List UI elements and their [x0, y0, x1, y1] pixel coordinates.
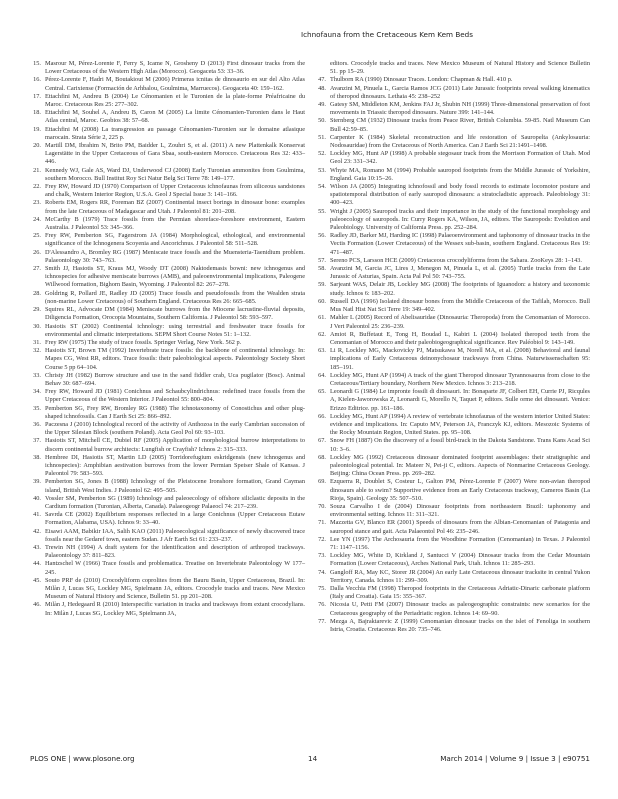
reference-text: Frey RW, Howard JD (1981) Conichnus and …	[45, 388, 305, 404]
issue-info: March 2014 | Volume 9 | Issue 3 | e90751	[440, 754, 590, 763]
reference-text: Lee YN (1997) The Archosauria from the W…	[330, 536, 590, 552]
reference-text: Mazzetta GV, Blanco ER (2001) Speeds of …	[330, 519, 590, 535]
reference-item: 46.Milàn J, Hedegaard R (2010) Interspec…	[30, 601, 305, 617]
reference-text: Frey RW (1975) The study of trace fossil…	[45, 339, 305, 347]
reference-item: 37.Hasiotis ST, Mitchell CE, Dubiel RF (…	[30, 437, 305, 453]
page-number: 14	[308, 754, 317, 763]
reference-number: 52.	[315, 150, 330, 166]
reference-number: 34.	[30, 388, 45, 404]
reference-number: 46.	[30, 601, 45, 617]
reference-item: 44.Hantzschel W (1966) Trace fossils and…	[30, 560, 305, 576]
reference-text: Lockley MG, White D, Kirkland J, Santucc…	[330, 552, 590, 568]
reference-item: 59.Sarjeant WAS, Delair JB, Lockley MG (…	[315, 281, 590, 297]
reference-number: 23.	[30, 199, 45, 215]
reference-text: editors. Crocodyle tracks and traces. Ne…	[330, 60, 590, 76]
reference-text: McCarthy B (1979) Trace fossils from the…	[45, 216, 305, 232]
reference-item: 30.Hasiotis ST (2002) Continental ichnol…	[30, 323, 305, 339]
reference-number: 40.	[30, 495, 45, 511]
reference-item: 65.Leonardi G (1984) Le impronte fossili…	[315, 388, 590, 413]
reference-text: D'Alessandro A, Bromley RG (1987) Menisc…	[45, 249, 305, 265]
reference-number: 65.	[315, 388, 330, 413]
reference-number: 37.	[30, 437, 45, 453]
reference-number: 75.	[315, 585, 330, 601]
reference-number: 44.	[30, 560, 45, 576]
reference-number: 55.	[315, 208, 330, 233]
reference-number: 24.	[30, 216, 45, 232]
reference-item: 58.Avanzini M, Garcia JC, Lires J, Meneg…	[315, 265, 590, 281]
reference-item: 51.Carpenter K (1984) Skeletal reconstru…	[315, 134, 590, 150]
reference-number: 19.	[30, 126, 45, 142]
reference-number: 76.	[315, 601, 330, 617]
reference-item: 62.Amiot R, Buffetaut E, Tong H, Boudad …	[315, 331, 590, 347]
reference-text: Gangloff RA, May KC, Storer JR (2004) An…	[330, 569, 590, 585]
reference-number: 42.	[30, 528, 45, 544]
reference-item: 34.Frey RW, Howard JD (1981) Conichnus a…	[30, 388, 305, 404]
reference-item: 26.D'Alessandro A, Bromley RG (1987) Men…	[30, 249, 305, 265]
reference-text: Pemberton SG, Frey RW, Bromley RG (1988)…	[45, 405, 305, 421]
reference-number: 57.	[315, 257, 330, 265]
reference-number: 59.	[315, 281, 330, 297]
reference-text: Savrda CE (2002) Equilibrium responses r…	[45, 511, 305, 527]
reference-text: Dalla Vecchia FM (1998) Theropod footpri…	[330, 585, 590, 601]
reference-number: 43.	[30, 544, 45, 560]
reference-item: 56.Radley JD, Barker MJ, Harding IC (199…	[315, 232, 590, 257]
reference-number: 74.	[315, 569, 330, 585]
reference-number: 63.	[315, 347, 330, 372]
reference-number: 38.	[30, 454, 45, 479]
reference-item: 24.McCarthy B (1979) Trace fossils from …	[30, 216, 305, 232]
reference-item: 36.Paczesna J (2010) Ichnological record…	[30, 421, 305, 437]
reference-text: Pemberton SG, Jones B (1988) Ichnology o…	[45, 478, 305, 494]
reference-item: 54.Wilson JA (2005) Integrating ichnofos…	[315, 183, 590, 208]
reference-item: 64.Lockley MG, Hunt AP (1994) A track of…	[315, 372, 590, 388]
reference-item: 29.Squires RL, Advocate DM (1984) Menisc…	[30, 306, 305, 322]
reference-item: 33.Christy JH (1982) Burrow structure an…	[30, 372, 305, 388]
reference-list-right: editors. Crocodyle tracks and traces. Ne…	[315, 60, 590, 634]
reference-text: Li R, Lockley MG, Mackovicky PJ, Matsuka…	[330, 347, 590, 372]
reference-text: Lockley MG, Hunt AP (1994) A review of v…	[330, 413, 590, 438]
left-column: 15.Masrour M, Pérez-Lorente F, Ferry S, …	[30, 60, 305, 634]
reference-number: 15.	[30, 60, 45, 76]
reference-item: 71.Mazzetta GV, Blanco ER (2001) Speeds …	[315, 519, 590, 535]
reference-text: Ettachfini M (2008) La transgression au …	[45, 126, 305, 142]
reference-text: Roberts EM, Rogers RR, Foreman BZ (2007)…	[45, 199, 305, 215]
reference-item: 70.Souza Carvalho I de (2004) Dinosaur f…	[315, 503, 590, 519]
reference-text: Leonardi G (1984) Le impronte fossili di…	[330, 388, 590, 413]
reference-item: 40.Vossler SM, Pemberton SG (1989) Ichno…	[30, 495, 305, 511]
reference-number: 33.	[30, 372, 45, 388]
reference-number: 29.	[30, 306, 45, 322]
reference-number: 47.	[315, 76, 330, 84]
reference-item: 21.Kennedy WJ, Gale AS, Ward DJ, Underwo…	[30, 167, 305, 183]
reference-item: 22.Frey RW, Howard JD (1970) Comparison …	[30, 183, 305, 199]
reference-number: 20.	[30, 142, 45, 167]
reference-number: 16.	[30, 76, 45, 92]
reference-item: 27.Smith JJ, Hasiotis ST, Kraus MJ, Wood…	[30, 265, 305, 290]
reference-number: 41.	[30, 511, 45, 527]
reference-text: Masrour M, Pérez-Lorente F, Ferry S, Ica…	[45, 60, 305, 76]
journal-url: PLOS ONE | www.plosone.org	[30, 754, 135, 763]
reference-text: Gatesy SM, Middleton KM, Jenkins FAJ Jr,…	[330, 101, 590, 117]
reference-text: Pérez-Lorente F, Hadri M, Boutakiout M (…	[45, 76, 305, 92]
reference-text: Whyte MA, Romano M (1994) Probable sauro…	[330, 167, 590, 183]
reference-text: Souza Carvalho I de (2004) Dinosaur foot…	[330, 503, 590, 519]
reference-text: Russell DA (1996) Isolated dinosaur bone…	[330, 298, 590, 314]
reference-text: Mahler L (2005) Record of Abelisauridae …	[330, 314, 590, 330]
reference-continuation: editors. Crocodyle tracks and traces. Ne…	[315, 60, 590, 76]
reference-text: Ezquerra R, Doublet S, Costeur L, Galton…	[330, 478, 590, 503]
reference-number: 68.	[315, 454, 330, 479]
reference-item: 25.Frey RW, Pemberton SG, Fagerstrom JA …	[30, 232, 305, 248]
reference-text: Vossler SM, Pemberton SG (1989) Ichnolog…	[45, 495, 305, 511]
reference-text: Wilson JA (2005) Integrating ichnofossil…	[330, 183, 590, 208]
reference-item: 61.Mahler L (2005) Record of Abelisaurid…	[315, 314, 590, 330]
reference-number: 32.	[30, 347, 45, 372]
reference-text: Squires RL, Advocate DM (1984) Meniscate…	[45, 306, 305, 322]
reference-text: Hantzschel W (1966) Trace fossils and pr…	[45, 560, 305, 576]
reference-number: 60.	[315, 298, 330, 314]
reference-text: Sternberg CM (1932) Dinosaur tracks from…	[330, 117, 590, 133]
reference-number: 21.	[30, 167, 45, 183]
reference-text: Lockley MG, Hunt AP (1994) A track of th…	[330, 372, 590, 388]
reference-text: Snow FH (1887) On the discovery of a fos…	[330, 437, 590, 453]
reference-number: 66.	[315, 413, 330, 438]
reference-number: 35.	[30, 405, 45, 421]
reference-number: 69.	[315, 478, 330, 503]
right-column: editors. Crocodyle tracks and traces. Ne…	[315, 60, 590, 634]
reference-text: Nicosia U, Petti FM (2007) Dinosaur trac…	[330, 601, 590, 617]
reference-text: Carpenter K (1984) Skeletal reconstructi…	[330, 134, 590, 150]
reference-number: 51.	[315, 134, 330, 150]
reference-number: 56.	[315, 232, 330, 257]
reference-item: 72.Lee YN (1997) The Archosauria from th…	[315, 536, 590, 552]
reference-text: Frey RW, Pemberton SG, Fagerstrom JA (19…	[45, 232, 305, 248]
reference-text: Goldring R, Pollard JE, Radley JD (2005)…	[45, 290, 305, 306]
reference-number: 71.	[315, 519, 330, 535]
reference-number: 67.	[315, 437, 330, 453]
reference-text: Ettachfini M, Souhel A, Andreu B, Caron …	[45, 109, 305, 125]
reference-number: 54.	[315, 183, 330, 208]
reference-number: 36.	[30, 421, 45, 437]
reference-item: 41.Savrda CE (2002) Equilibrium response…	[30, 511, 305, 527]
reference-text: Thulborn RA (1990) Dinosaur Traces. Lond…	[330, 76, 590, 84]
reference-item: 75.Dalla Vecchia FM (1998) Theropod foot…	[315, 585, 590, 601]
reference-number: 53.	[315, 167, 330, 183]
reference-item: 45.Souto PRF de (2010) Crocodyliform cop…	[30, 577, 305, 602]
reference-text: Radley JD, Barker MJ, Harding IC (1998) …	[330, 232, 590, 257]
reference-number: 48.	[315, 85, 330, 101]
reference-number: 31.	[30, 339, 45, 347]
reference-number: 27.	[30, 265, 45, 290]
reference-item: 63.Li R, Lockley MG, Mackovicky PJ, Mats…	[315, 347, 590, 372]
reference-list-left: 15.Masrour M, Pérez-Lorente F, Ferry S, …	[30, 60, 305, 618]
reference-item: 67.Snow FH (1887) On the discovery of a …	[315, 437, 590, 453]
reference-item: 31.Frey RW (1975) The study of trace fos…	[30, 339, 305, 347]
reference-number: 26.	[30, 249, 45, 265]
reference-item: 18.Ettachfini M, Souhel A, Andreu B, Car…	[30, 109, 305, 125]
reference-item: 47.Thulborn RA (1990) Dinosaur Traces. L…	[315, 76, 590, 84]
reference-text: Amiot R, Buffetaut E, Tong H, Boudad L, …	[330, 331, 590, 347]
reference-number: 39.	[30, 478, 45, 494]
reference-item: 55.Wright J (2005) Sauropod tracks and t…	[315, 208, 590, 233]
reference-number: 17.	[30, 93, 45, 109]
reference-item: 48.Avanzini M, Pinuela L, Garcia Ramos J…	[315, 85, 590, 101]
reference-text: Hembree DI, Hasiotis ST, Martin LD (2005…	[45, 454, 305, 479]
reference-number: 50.	[315, 117, 330, 133]
reference-item: 23.Roberts EM, Rogers RR, Foreman BZ (20…	[30, 199, 305, 215]
reference-number: 64.	[315, 372, 330, 388]
reference-number: 62.	[315, 331, 330, 347]
reference-number: 58.	[315, 265, 330, 281]
reference-item: 38.Hembree DI, Hasiotis ST, Martin LD (2…	[30, 454, 305, 479]
reference-item: 32.Hasiotis ST, Brown TM (1992) Inverteb…	[30, 347, 305, 372]
reference-item: 74.Gangloff RA, May KC, Storer JR (2004)…	[315, 569, 590, 585]
reference-number: 18.	[30, 109, 45, 125]
reference-number: 61.	[315, 314, 330, 330]
reference-item: 69.Ezquerra R, Doublet S, Costeur L, Gal…	[315, 478, 590, 503]
reference-number	[315, 60, 330, 76]
running-title: Ichnofauna from the Cretaceous Kem Kem B…	[301, 30, 473, 39]
reference-text: Lockley MG (1992) Cretaceous dinosaur do…	[330, 454, 590, 479]
reference-item: 50.Sternberg CM (1932) Dinosaur tracks f…	[315, 117, 590, 133]
reference-item: 53.Whyte MA, Romano M (1994) Probable sa…	[315, 167, 590, 183]
reference-item: 35.Pemberton SG, Frey RW, Bromley RG (19…	[30, 405, 305, 421]
reference-item: 15.Masrour M, Pérez-Lorente F, Ferry S, …	[30, 60, 305, 76]
reference-text: Sereno PCS, Larsson HCE (2009) Cretaceou…	[330, 257, 590, 265]
reference-text: Hasiotis ST, Brown TM (1992) Invertebrat…	[45, 347, 305, 372]
reference-number: 30.	[30, 323, 45, 339]
reference-text: Lockley MG, Hunt AP (1998) A probable st…	[330, 150, 590, 166]
reference-item: 28.Goldring R, Pollard JE, Radley JD (20…	[30, 290, 305, 306]
references-section: 15.Masrour M, Pérez-Lorente F, Ferry S, …	[30, 60, 590, 634]
reference-text: Hasiotis ST (2002) Continental ichnology…	[45, 323, 305, 339]
reference-text: Souto PRF de (2010) Crocodyliform coprol…	[45, 577, 305, 602]
reference-item: 42.Eisawi AAM, Babikir IAA, Salih KAO (2…	[30, 528, 305, 544]
reference-text: Avanzini M, Garcia JC, Lires J, Menegon …	[330, 265, 590, 281]
reference-text: Ettachfini M, Andreu B (2004) Le Cénoman…	[45, 93, 305, 109]
reference-item: 76.Nicosia U, Petti FM (2007) Dinosaur t…	[315, 601, 590, 617]
reference-number: 72.	[315, 536, 330, 552]
reference-item: 17.Ettachfini M, Andreu B (2004) Le Céno…	[30, 93, 305, 109]
reference-text: Mezga A, Bajraktarevic Z (1999) Cenomani…	[330, 618, 590, 634]
reference-text: Trewin NH (1994) A draft system for the …	[45, 544, 305, 560]
reference-item: 52.Lockley MG, Hunt AP (1998) A probable…	[315, 150, 590, 166]
reference-text: Avanzini M, Pinuela L, Garcia Ramos JCG …	[330, 85, 590, 101]
reference-number: 22.	[30, 183, 45, 199]
reference-number: 49.	[315, 101, 330, 117]
reference-text: Kennedy WJ, Gale AS, Ward DJ, Underwood …	[45, 167, 305, 183]
reference-item: 73.Lockley MG, White D, Kirkland J, Sant…	[315, 552, 590, 568]
reference-item: 19.Ettachfini M (2008) La transgression …	[30, 126, 305, 142]
reference-number: 28.	[30, 290, 45, 306]
reference-text: Hasiotis ST, Mitchell CE, Dubiel RF (200…	[45, 437, 305, 453]
reference-text: Sarjeant WAS, Delair JB, Lockley MG (200…	[330, 281, 590, 297]
reference-text: Frey RW, Howard JD (1970) Comparison of …	[45, 183, 305, 199]
reference-number: 25.	[30, 232, 45, 248]
reference-text: Wright J (2005) Sauropod tracks and thei…	[330, 208, 590, 233]
reference-item: 68.Lockley MG (1992) Cretaceous dinosaur…	[315, 454, 590, 479]
reference-text: Christy JH (1982) Burrow structure and u…	[45, 372, 305, 388]
reference-text: Eisawi AAM, Babikir IAA, Salih KAO (2011…	[45, 528, 305, 544]
reference-item: 49.Gatesy SM, Middleton KM, Jenkins FAJ …	[315, 101, 590, 117]
reference-number: 77.	[315, 618, 330, 634]
reference-number: 73.	[315, 552, 330, 568]
reference-item: 39.Pemberton SG, Jones B (1988) Ichnolog…	[30, 478, 305, 494]
reference-item: 43.Trewin NH (1994) A draft system for t…	[30, 544, 305, 560]
reference-item: 57.Sereno PCS, Larsson HCE (2009) Cretac…	[315, 257, 590, 265]
reference-text: Martill DM, Ibrahim N, Brito PM, Baidder…	[45, 142, 305, 167]
reference-item: 20.Martill DM, Ibrahim N, Brito PM, Baid…	[30, 142, 305, 167]
reference-number: 45.	[30, 577, 45, 602]
reference-text: Smith JJ, Hasiotis ST, Kraus MJ, Woody D…	[45, 265, 305, 290]
reference-text: Paczesna J (2010) Ichnological record of…	[45, 421, 305, 437]
reference-number: 70.	[315, 503, 330, 519]
reference-item: 77.Mezga A, Bajraktarevic Z (1999) Cenom…	[315, 618, 590, 634]
reference-item: 66.Lockley MG, Hunt AP (1994) A review o…	[315, 413, 590, 438]
reference-item: 60.Russell DA (1996) Isolated dinosaur b…	[315, 298, 590, 314]
reference-text: Milàn J, Hedegaard R (2010) Interspecifi…	[45, 601, 305, 617]
reference-item: 16.Pérez-Lorente F, Hadri M, Boutakiout …	[30, 76, 305, 92]
